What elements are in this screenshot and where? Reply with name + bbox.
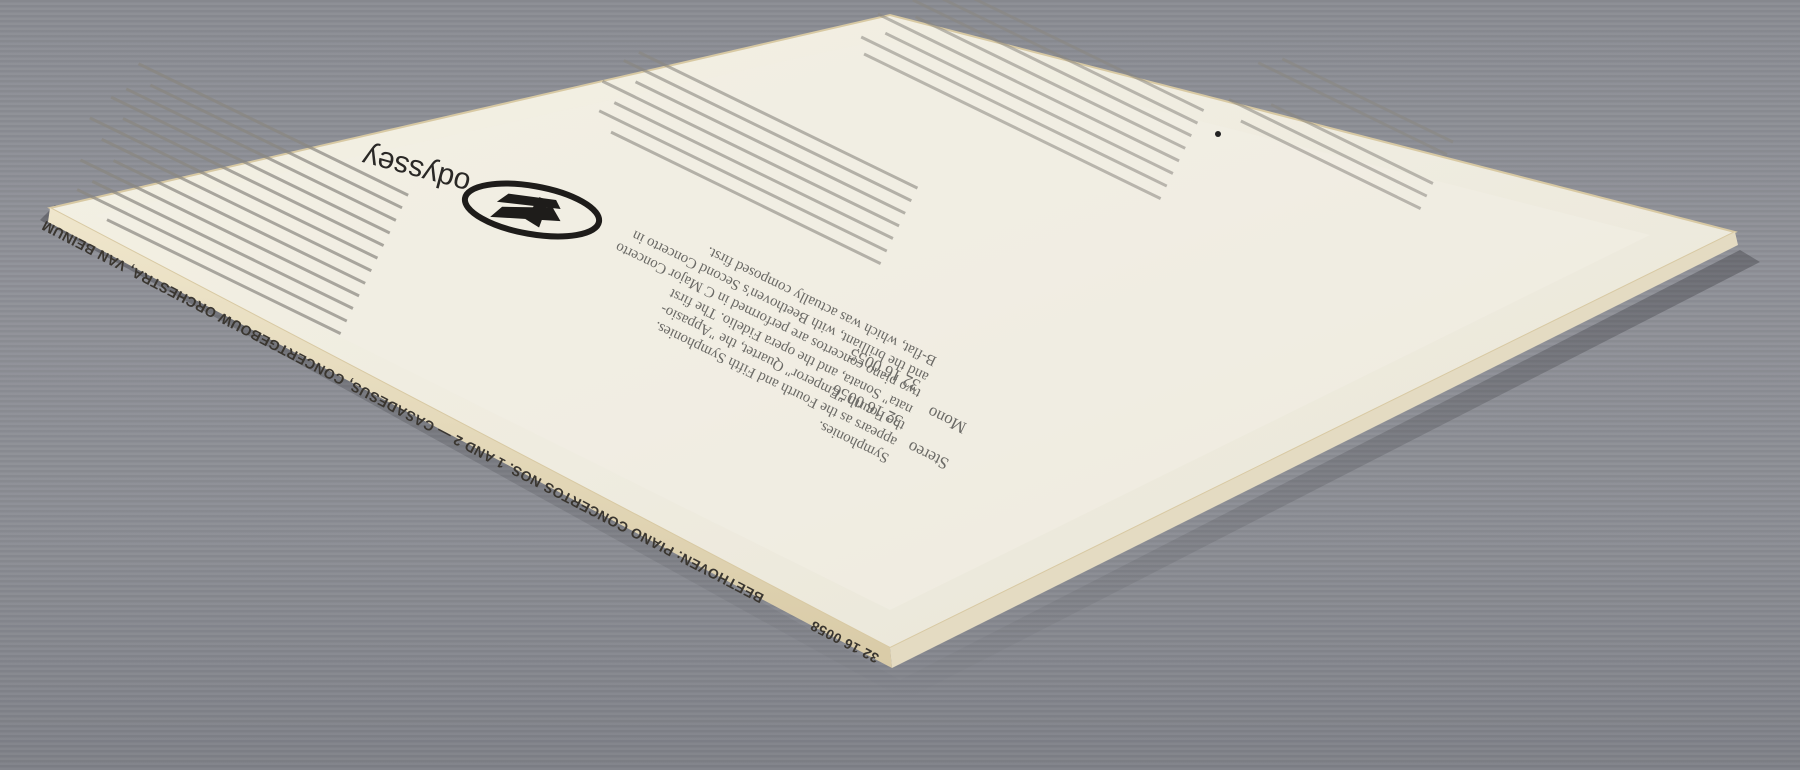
record-sleeve-photo: 32 16 0058 BEETHOVEN: PIANO CONCERTOS NO… (0, 0, 1800, 770)
sleeve-dot-mark (1215, 131, 1221, 137)
